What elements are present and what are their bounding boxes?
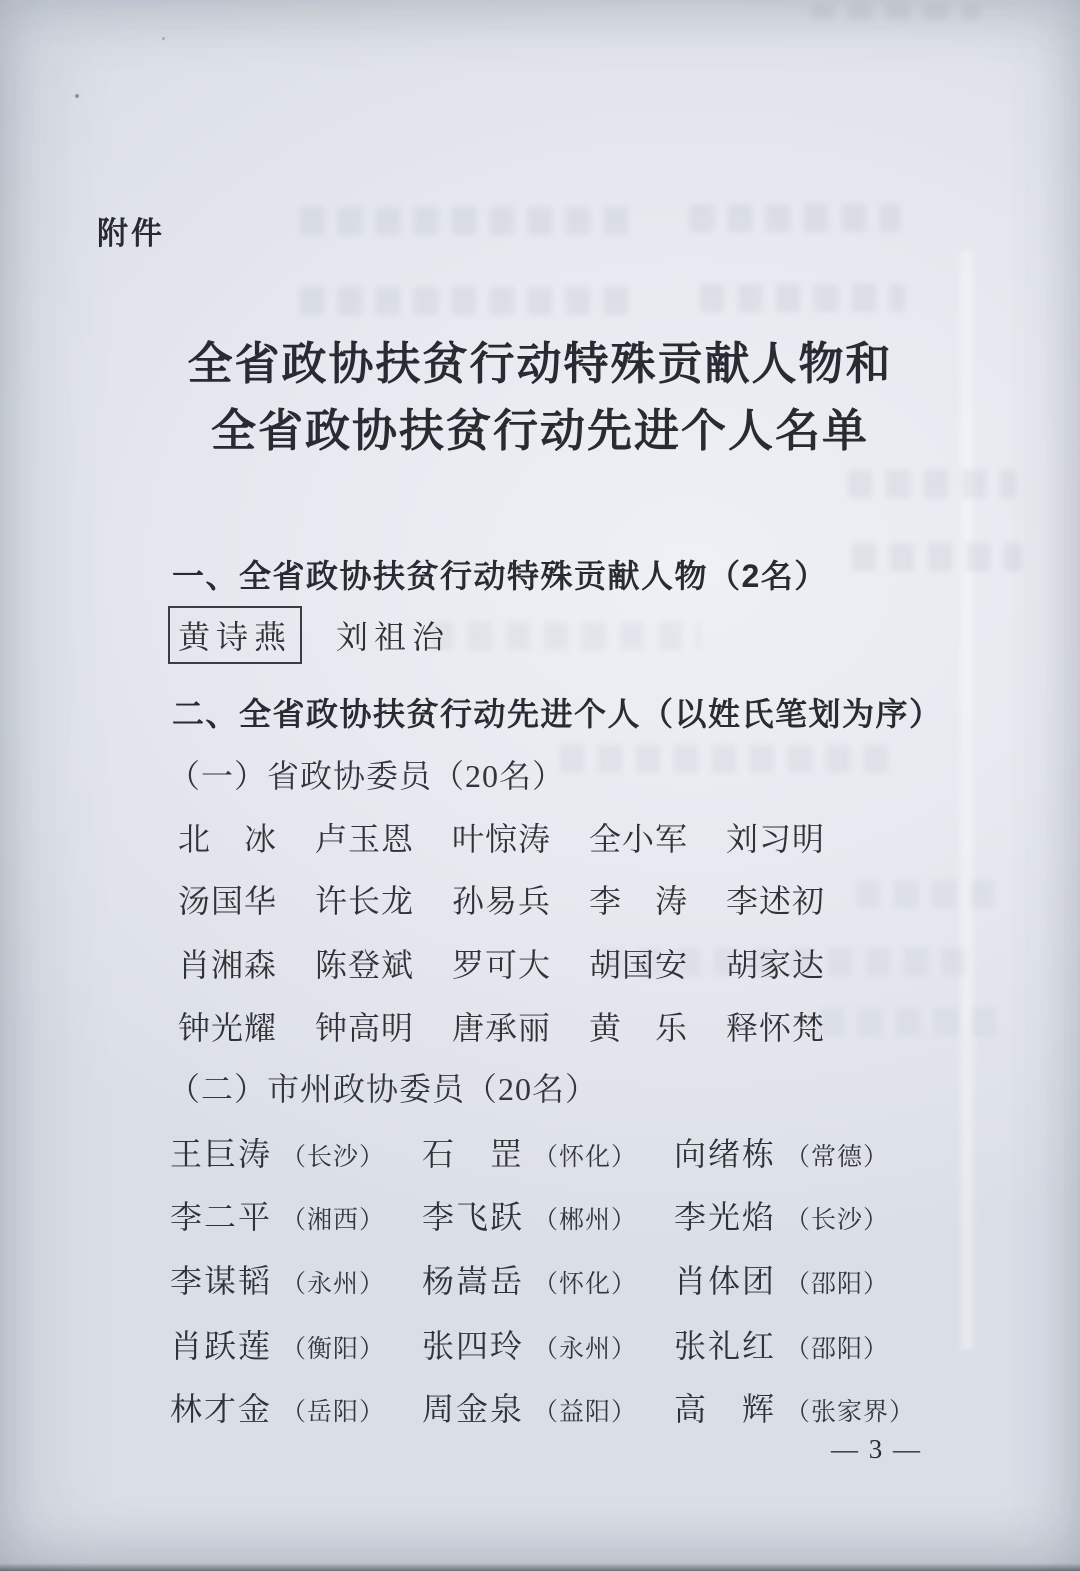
member-name: 肖跃莲 — [170, 1328, 272, 1364]
municipal-members-list: 王巨涛 （长沙） 石 罡 （怀化） 向绪栋 （常德） 李二平 （湘西） — [170, 1120, 926, 1438]
member-city: （永州） — [281, 1271, 385, 1298]
member-name: 钟高明 — [315, 1003, 414, 1049]
member-name: 叶惊涛 — [452, 814, 551, 860]
municipal-member: 石 罡 （怀化） — [422, 1129, 674, 1175]
municipal-member: 周金泉 （益阳） — [422, 1384, 674, 1430]
municipal-member: 张礼红 （邵阳） — [674, 1321, 926, 1367]
photo-bottom-edge — [0, 1563, 1080, 1571]
member-name: 陈登斌 — [315, 940, 414, 986]
member-name: 钟光耀 — [178, 1003, 277, 1049]
member-name: 张礼红 — [674, 1328, 776, 1364]
subsection-municipal-heading: （二）市州政协委员（20名） — [168, 1064, 598, 1110]
member-name: 张四玲 — [422, 1328, 524, 1364]
member-name: 全小军 — [589, 814, 688, 860]
member-name: 李飞跃 — [422, 1199, 524, 1235]
member-city: （长沙） — [785, 1207, 889, 1234]
list-row: 李二平 （湘西） 李飞跃 （郴州） 李光焰 （长沙） — [170, 1183, 926, 1246]
member-name: 汤国华 — [178, 876, 277, 922]
member-name: 李光焰 — [674, 1199, 776, 1235]
member-name: 黄 乐 — [589, 1003, 688, 1049]
section-2-heading: 二、全省政协扶贫行动先进个人（以姓氏笔划为序） — [172, 689, 943, 735]
member-city: （郴州） — [533, 1207, 637, 1234]
member-city: （邵阳） — [785, 1271, 889, 1298]
member-name: 孙易兵 — [452, 876, 551, 922]
member-name: 许长龙 — [315, 876, 414, 922]
member-name: 李谋韬 — [170, 1263, 272, 1299]
title-line-2: 全省政协扶贫行动先进个人名单 — [0, 397, 1080, 464]
member-city: （永州） — [533, 1336, 637, 1363]
list-row: 汤国华 许长龙 孙易兵 李 涛 李述初 — [178, 868, 863, 930]
municipal-member: 林才金 （岳阳） — [170, 1384, 422, 1430]
member-city: （衡阳） — [281, 1336, 385, 1363]
member-name: 肖湘森 — [178, 940, 277, 986]
member-name: 刘习明 — [726, 814, 825, 860]
list-row: 北 冰 卢玉恩 叶惊涛 全小军 刘习明 — [178, 806, 863, 868]
municipal-member: 王巨涛 （长沙） — [170, 1129, 422, 1175]
member-city: （张家界） — [785, 1399, 915, 1426]
member-city: （长沙） — [281, 1144, 385, 1171]
list-row: 钟光耀 钟高明 唐承丽 黄 乐 释怀梵 — [178, 995, 863, 1057]
municipal-member: 李谋韬 （永州） — [170, 1256, 422, 1302]
section-1-heading: 一、全省政协扶贫行动特殊贡献人物（2名） — [172, 551, 828, 597]
member-name: 杨嵩岳 — [422, 1263, 524, 1299]
municipal-member: 李飞跃 （郴州） — [422, 1192, 674, 1238]
member-name: 罗可大 — [452, 940, 551, 986]
member-name: 高 辉 — [674, 1391, 776, 1427]
member-name: 北 冰 — [178, 814, 277, 860]
member-name: 向绪栋 — [674, 1136, 776, 1172]
member-name: 释怀梵 — [726, 1003, 825, 1049]
member-city: （常德） — [785, 1144, 889, 1171]
member-name: 石 罡 — [422, 1136, 524, 1172]
document-title: 全省政协扶贫行动特殊贡献人物和 全省政协扶贫行动先进个人名单 — [0, 330, 1080, 464]
document-content: 附件 全省政协扶贫行动特殊贡献人物和 全省政协扶贫行动先进个人名单 一、全省政协… — [0, 0, 1080, 1571]
member-name: 李述初 — [726, 876, 825, 922]
provincial-members-list: 北 冰 卢玉恩 叶惊涛 全小军 刘习明 汤国华 许长龙 孙易兵 李 涛 李述初 … — [178, 806, 863, 1057]
member-name: 刘祖治 — [336, 619, 450, 655]
member-city: （邵阳） — [785, 1336, 889, 1363]
municipal-member: 肖体团 （邵阳） — [674, 1256, 926, 1302]
list-row: 肖湘森 陈登斌 罗可大 胡国安 胡家达 — [178, 930, 863, 995]
member-name: 李二平 — [170, 1199, 272, 1235]
attachment-label: 附件 — [97, 208, 165, 253]
member-name: 唐承丽 — [452, 1003, 551, 1049]
member-name: 胡家达 — [726, 940, 825, 986]
municipal-member: 李光焰 （长沙） — [674, 1192, 926, 1238]
member-name: 周金泉 — [422, 1391, 524, 1427]
subsection-provincial-heading: （一）省政协委员（20名） — [168, 751, 565, 797]
title-line-1: 全省政协扶贫行动特殊贡献人物和 — [0, 330, 1080, 397]
member-name: 胡国安 — [589, 940, 688, 986]
municipal-member: 向绪栋 （常德） — [674, 1129, 926, 1175]
member-name: 林才金 — [170, 1391, 272, 1427]
list-row: 肖跃莲 （衡阳） 张四玲 （永州） 张礼红 （邵阳） — [170, 1312, 926, 1375]
municipal-member: 李二平 （湘西） — [170, 1192, 422, 1238]
list-row: 李谋韬 （永州） 杨嵩岳 （怀化） 肖体团 （邵阳） — [170, 1246, 926, 1312]
member-name: 李 涛 — [589, 876, 688, 922]
list-row: 林才金 （岳阳） 周金泉 （益阳） 高 辉 （张家界） — [170, 1375, 926, 1438]
scanned-document-page: 附件 全省政协扶贫行动特殊贡献人物和 全省政协扶贫行动先进个人名单 一、全省政协… — [0, 0, 1080, 1571]
boxed-deceased-name: 黄诗燕 — [168, 606, 302, 664]
member-city: （益阳） — [533, 1399, 637, 1426]
list-row: 王巨涛 （长沙） 石 罡 （怀化） 向绪栋 （常德） — [170, 1120, 926, 1183]
member-city: （怀化） — [533, 1271, 637, 1298]
member-name: 卢玉恩 — [315, 814, 414, 860]
member-name: 肖体团 — [674, 1263, 776, 1299]
municipal-member: 杨嵩岳 （怀化） — [422, 1256, 674, 1302]
page-number: — 3 — — [831, 1434, 922, 1465]
municipal-member: 张四玲 （永州） — [422, 1321, 674, 1367]
municipal-member: 肖跃莲 （衡阳） — [170, 1321, 422, 1367]
member-city: （岳阳） — [281, 1399, 385, 1426]
municipal-member: 高 辉 （张家界） — [674, 1384, 926, 1430]
member-city: （怀化） — [533, 1144, 637, 1171]
special-contributors-row: 黄诗燕 刘祖治 — [168, 606, 450, 664]
member-name: 王巨涛 — [170, 1136, 272, 1172]
member-city: （湘西） — [281, 1207, 385, 1234]
